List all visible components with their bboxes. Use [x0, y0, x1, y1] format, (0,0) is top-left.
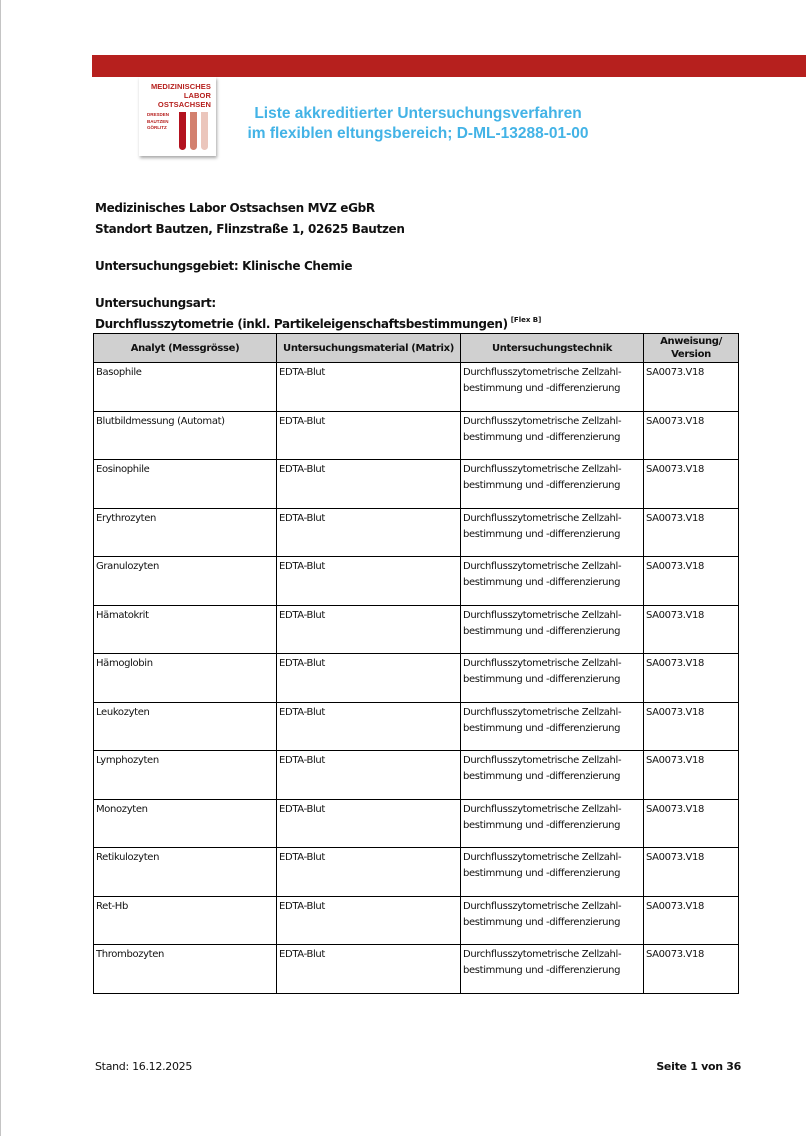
header-instruction: Anweisung/Version [644, 334, 739, 363]
cell-instruction: SA0073.V18 [644, 557, 739, 606]
cell-instruction: SA0073.V18 [644, 848, 739, 897]
cell-instruction: SA0073.V18 [644, 945, 739, 994]
header-material: Untersuchungsmaterial (Matrix) [277, 334, 461, 363]
cell-material: EDTA-Blut [277, 605, 461, 654]
cell-analyte: Eosinophile [94, 460, 277, 509]
test-tube-icon [190, 112, 197, 150]
table-row: Ret-HbEDTA-BlutDurchflusszytometrische Z… [94, 896, 739, 945]
table-row: Blutbildmessung (Automat)EDTA-BlutDurchf… [94, 411, 739, 460]
logo-cities: DRESDEN BAUTZEN GÖRLITZ [147, 112, 169, 132]
cell-material: EDTA-Blut [277, 896, 461, 945]
page-edge [0, 0, 1, 1136]
footer-page-number: Seite 1 von 36 [656, 1060, 741, 1073]
cell-material: EDTA-Blut [277, 411, 461, 460]
cell-technique: Durchflusszytometrische Zellzahl-bestimm… [461, 460, 644, 509]
cell-technique: Durchflusszytometrische Zellzahl-bestimm… [461, 411, 644, 460]
cell-material: EDTA-Blut [277, 751, 461, 800]
cell-instruction: SA0073.V18 [644, 799, 739, 848]
org-address: Standort Bautzen, Flinzstraße 1, 02625 B… [95, 222, 405, 236]
cell-analyte: Hämoglobin [94, 654, 277, 703]
cell-analyte: Leukozyten [94, 702, 277, 751]
cell-material: EDTA-Blut [277, 363, 461, 412]
org-name: Medizinisches Labor Ostsachsen MVZ eGbR [95, 201, 375, 215]
cell-material: EDTA-Blut [277, 799, 461, 848]
cell-technique: Durchflusszytometrische Zellzahl-bestimm… [461, 654, 644, 703]
cell-technique: Durchflusszytometrische Zellzahl-bestimm… [461, 508, 644, 557]
cell-analyte: Ret-Hb [94, 896, 277, 945]
table-row: MonozytenEDTA-BlutDurchflusszytometrisch… [94, 799, 739, 848]
cell-material: EDTA-Blut [277, 557, 461, 606]
cell-technique: Durchflusszytometrische Zellzahl-bestimm… [461, 702, 644, 751]
table-row: LymphozytenEDTA-BlutDurchflusszytometris… [94, 751, 739, 800]
cell-instruction: SA0073.V18 [644, 411, 739, 460]
cell-analyte: Hämatokrit [94, 605, 277, 654]
cell-analyte: Thrombozyten [94, 945, 277, 994]
cell-material: EDTA-Blut [277, 460, 461, 509]
lab-logo: MEDIZINISCHES LABOR OSTSACHSEN DRESDEN B… [139, 77, 216, 156]
flex-tag: [Flex B] [511, 316, 542, 324]
table-row: LeukozytenEDTA-BlutDurchflusszytometrisc… [94, 702, 739, 751]
table-row: ThrombozytenEDTA-BlutDurchflusszytometri… [94, 945, 739, 994]
table-row: RetikulozytenEDTA-BlutDurchflusszytometr… [94, 848, 739, 897]
cell-technique: Durchflusszytometrische Zellzahl-bestimm… [461, 848, 644, 897]
cell-technique: Durchflusszytometrische Zellzahl-bestimm… [461, 896, 644, 945]
cell-analyte: Monozyten [94, 799, 277, 848]
cell-instruction: SA0073.V18 [644, 654, 739, 703]
header-analyte: Analyt (Messgrösse) [94, 334, 277, 363]
table-row: EosinophileEDTA-BlutDurchflusszytometris… [94, 460, 739, 509]
table-row: HämoglobinEDTA-BlutDurchflusszytometrisc… [94, 654, 739, 703]
cell-technique: Durchflusszytometrische Zellzahl-bestimm… [461, 945, 644, 994]
cell-material: EDTA-Blut [277, 654, 461, 703]
table-header-row: Analyt (Messgrösse) Untersuchungsmateria… [94, 334, 739, 363]
cell-instruction: SA0073.V18 [644, 460, 739, 509]
procedures-table: Analyt (Messgrösse) Untersuchungsmateria… [93, 333, 739, 994]
cell-instruction: SA0073.V18 [644, 751, 739, 800]
cell-technique: Durchflusszytometrische Zellzahl-bestimm… [461, 363, 644, 412]
document-title: Liste akkreditierter Untersuchungsverfah… [226, 104, 610, 144]
cell-instruction: SA0073.V18 [644, 605, 739, 654]
table-row: GranulozytenEDTA-BlutDurchflusszytometri… [94, 557, 739, 606]
table-row: BasophileEDTA-BlutDurchflusszytometrisch… [94, 363, 739, 412]
examination-type: Durchflusszytometrie (inkl. Partikeleige… [95, 316, 541, 331]
cell-instruction: SA0073.V18 [644, 508, 739, 557]
cell-analyte: Blutbildmessung (Automat) [94, 411, 277, 460]
cell-material: EDTA-Blut [277, 848, 461, 897]
cell-technique: Durchflusszytometrische Zellzahl-bestimm… [461, 605, 644, 654]
test-tube-icon [201, 112, 208, 150]
cell-technique: Durchflusszytometrische Zellzahl-bestimm… [461, 799, 644, 848]
test-tube-icon [179, 112, 186, 150]
header-red-bar [92, 55, 806, 77]
cell-analyte: Retikulozyten [94, 848, 277, 897]
cell-material: EDTA-Blut [277, 508, 461, 557]
cell-technique: Durchflusszytometrische Zellzahl-bestimm… [461, 557, 644, 606]
logo-line-2: LABOR [184, 92, 211, 100]
footer-date: Stand: 16.12.2025 [95, 1060, 192, 1073]
cell-technique: Durchflusszytometrische Zellzahl-bestimm… [461, 751, 644, 800]
logo-line-1: MEDIZINISCHES [151, 83, 211, 91]
cell-analyte: Basophile [94, 363, 277, 412]
cell-instruction: SA0073.V18 [644, 896, 739, 945]
cell-instruction: SA0073.V18 [644, 363, 739, 412]
table-row: ErythrozytenEDTA-BlutDurchflusszytometri… [94, 508, 739, 557]
cell-analyte: Erythrozyten [94, 508, 277, 557]
cell-material: EDTA-Blut [277, 945, 461, 994]
cell-analyte: Granulozyten [94, 557, 277, 606]
cell-instruction: SA0073.V18 [644, 702, 739, 751]
cell-material: EDTA-Blut [277, 702, 461, 751]
header-technique: Untersuchungstechnik [461, 334, 644, 363]
logo-line-3: OSTSACHSEN [158, 101, 211, 109]
examination-type-label: Untersuchungsart: [95, 296, 216, 310]
examination-field: Untersuchungsgebiet: Klinische Chemie [95, 259, 352, 273]
cell-analyte: Lymphozyten [94, 751, 277, 800]
table-row: HämatokritEDTA-BlutDurchflusszytometrisc… [94, 605, 739, 654]
